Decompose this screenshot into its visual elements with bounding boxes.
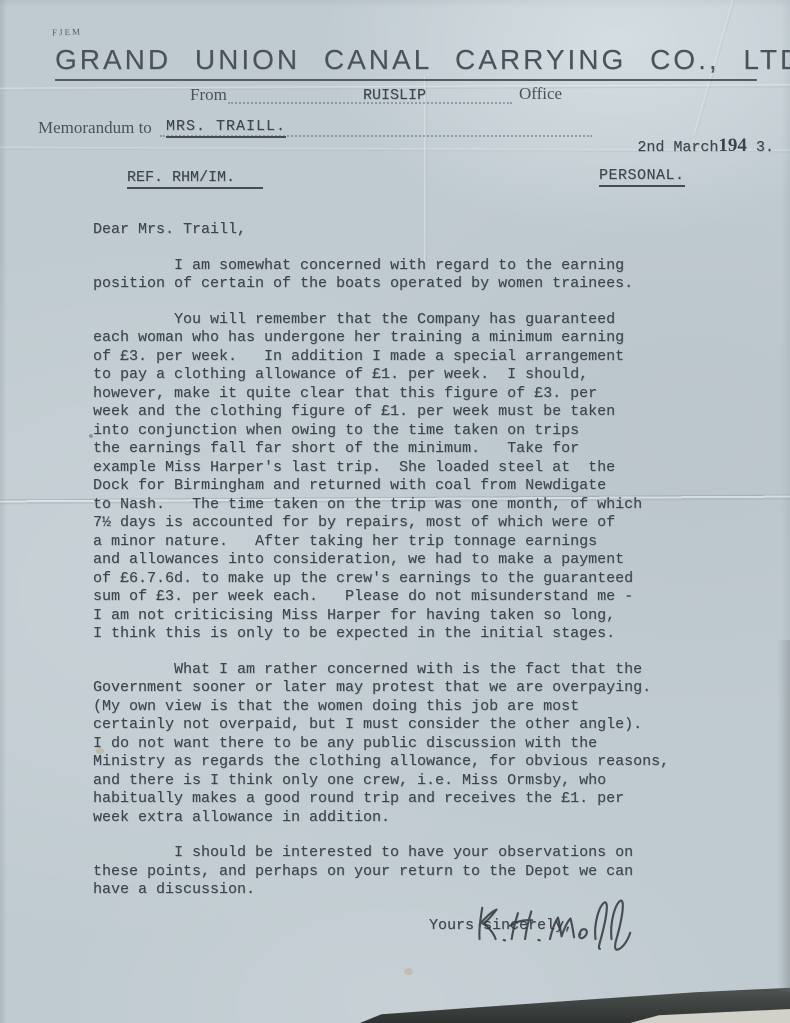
- salutation: Dear Mrs. Traill,: [93, 221, 773, 240]
- typed-line: certainly not overpaid, but I must consi…: [93, 716, 773, 735]
- company-letterhead: GRAND UNION CANAL CARRYING CO., LTD.: [55, 44, 757, 81]
- date-typed-part: 2nd March: [637, 139, 718, 156]
- typed-line: I do not want there to be any public dis…: [93, 735, 773, 754]
- memorandum-to-label: Memorandum to: [38, 118, 152, 138]
- typed-line: however, make it quite clear that this f…: [93, 385, 773, 404]
- typed-line: Ministry as regards the clothing allowan…: [93, 753, 773, 772]
- reference-line: REF. RHM/IM.: [127, 169, 263, 189]
- typed-line: and allowances into consideration, we ha…: [93, 551, 773, 570]
- page-edge-shadow: [777, 640, 790, 992]
- letter-body: Dear Mrs. Traill, I am somewhat concerne…: [93, 221, 773, 935]
- paragraph: What I am rather concerned with is the f…: [93, 661, 773, 828]
- typed-line: of £3. per week. In addition I made a sp…: [93, 348, 773, 367]
- typed-line: Government sooner or later may protest t…: [93, 679, 773, 698]
- date-printed-year: 194: [718, 135, 747, 156]
- typed-line: and there is I think only one crew, i.e.…: [93, 772, 773, 791]
- typed-line: What I am rather concerned with is the f…: [93, 661, 773, 680]
- typed-line: habitually makes a good round trip and r…: [93, 790, 773, 809]
- memo-recipient: MRS. TRAILL.: [166, 118, 286, 138]
- typed-line: I think this is only to be expected in t…: [93, 625, 773, 644]
- typed-line: example Miss Harper's last trip. She loa…: [93, 459, 773, 478]
- date-typed-suffix: 3.: [747, 139, 774, 156]
- paragraph: I should be interested to have your obse…: [93, 844, 773, 900]
- paragraph: I am somewhat concerned with regard to t…: [93, 257, 773, 294]
- typed-line: each woman who has undergone her trainin…: [93, 329, 773, 348]
- typed-line: to Nash. The time taken on the trip was …: [93, 496, 773, 515]
- typed-line: Dock for Birmingham and returned with co…: [93, 477, 773, 496]
- typed-line: (My own view is that the women doing thi…: [93, 698, 773, 717]
- typed-line: week and the clothing figure of £1. per …: [93, 403, 773, 422]
- personal-label: PERSONAL.: [599, 167, 685, 187]
- typed-line: to pay a clothing allowance of £1. per w…: [93, 366, 773, 385]
- typed-line: of £6.7.6d. to make up the crew's earnin…: [93, 570, 773, 589]
- typed-line: a minor nature. After taking her trip to…: [93, 533, 773, 552]
- typed-line: position of certain of the boats operate…: [93, 275, 773, 294]
- typed-line: You will remember that the Company has g…: [93, 311, 773, 330]
- paragraph: You will remember that the Company has g…: [93, 311, 773, 644]
- typed-line: week extra allowance in addition.: [93, 809, 773, 828]
- typed-line: these points, and perhaps on your return…: [93, 863, 773, 882]
- office-label: Office: [519, 84, 562, 104]
- from-label: From: [190, 85, 227, 105]
- memo-document: FJEM GRAND UNION CANAL CARRYING CO., LTD…: [0, 0, 790, 1023]
- typed-line: I am not criticising Miss Harper for hav…: [93, 607, 773, 626]
- typed-line: into conjunction when owing to the time …: [93, 422, 773, 441]
- typed-line: the earnings fall far short of the minim…: [93, 440, 773, 459]
- corner-annotation: FJEM: [52, 26, 82, 37]
- typed-line: 7½ days is accounted for by repairs, mos…: [93, 514, 773, 533]
- handwritten-signature-icon: [468, 893, 673, 961]
- typed-line: sum of £3. per week each. Please do not …: [93, 588, 773, 607]
- paper-stain: [404, 968, 413, 975]
- from-office-value: RUISLIP: [363, 87, 426, 104]
- typed-line: I am somewhat concerned with regard to t…: [93, 257, 773, 276]
- typed-line: I should be interested to have your obse…: [93, 844, 773, 863]
